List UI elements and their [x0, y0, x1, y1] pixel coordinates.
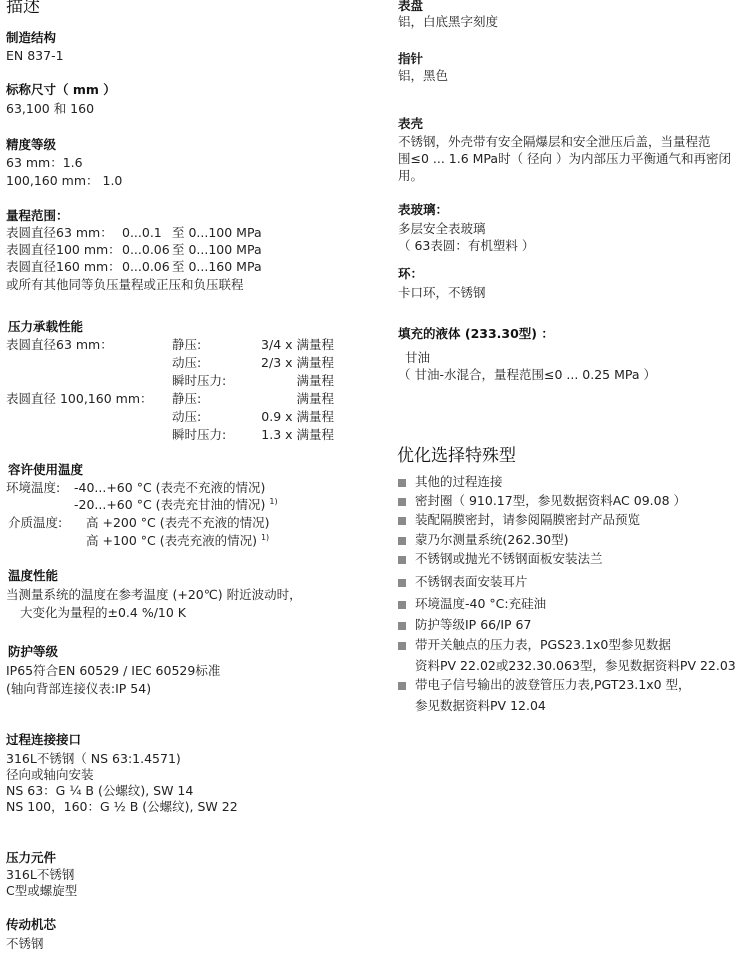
case-line: 围≤0 ... 1.6 MPa时（ 径向 ）为内部压力平衡通气和再密闭	[398, 150, 731, 168]
option-item-continued: 参见数据资料PV 12.04	[415, 697, 546, 715]
pressure-type: 瞬时压力:	[172, 426, 226, 444]
option-item: 密封圈（ 910.17型，参见数据资料AC 09.08 ）	[415, 492, 686, 510]
pressure-type: 动压:	[172, 408, 201, 426]
bullet-icon	[398, 682, 406, 690]
range-row-to: 至 0...160 MPa	[172, 258, 262, 276]
medium-temp-line: 高 +100 °C (表壳充液的情况) 1)	[86, 532, 269, 550]
ring-value: 卡口环，不锈钢	[398, 284, 486, 302]
window-heading: 表玻璃：	[398, 201, 448, 219]
medium-temp-text: 高 +100 °C (表壳充液的情况)	[86, 533, 257, 548]
options-title: 优化选择特殊型	[397, 447, 516, 465]
medium-temp-line: 高 +200 °C (表壳不充液的情况)	[86, 514, 269, 532]
nominal-size-value: 63,100 和 160	[6, 100, 94, 118]
fill-line: （ 甘油-水混合，量程范围≤0 ... 0.25 MPa ）	[398, 366, 656, 384]
dial-value: 铝，白底黑字刻度	[398, 13, 498, 31]
ingress-line: IP65符合EN 60529 / IEC 60529标准	[6, 662, 220, 680]
medium-temp-label: 介质温度:	[8, 514, 62, 532]
range-row-label: 表圆直径63 mm：	[6, 224, 113, 242]
accuracy-line: 100,160 mm： 1.0	[6, 172, 122, 190]
footnote-mark: 1)	[269, 497, 277, 506]
pressure-element-heading: 压力元件	[6, 849, 56, 867]
pressure-value: 1.3 x 满量程	[261, 426, 334, 444]
bullet-icon	[398, 517, 406, 525]
pressure-type: 静压:	[172, 336, 201, 354]
pointer-heading: 指针	[398, 50, 423, 68]
temp-effect-line: 当测量系统的温度在参考温度 (+20℃) 附近波动时，	[6, 586, 302, 604]
ambient-temp-label: 环境温度:	[6, 479, 60, 497]
nominal-size-heading: 标称尺寸（ mm ）	[6, 81, 116, 99]
temp-effect-line: 大变化为量程的±0.4 %/10 K	[20, 604, 186, 622]
bullet-icon	[398, 556, 406, 564]
pressure-limit-heading: 压力承载性能	[8, 318, 83, 336]
ingress-heading: 防护等级	[8, 643, 58, 661]
temperature-heading: 容许使用温度	[8, 461, 83, 479]
option-item: 防护等级IP 66/IP 67	[415, 616, 531, 634]
construction-value: EN 837-1	[6, 47, 64, 65]
movement-value: 不锈钢	[6, 935, 44, 953]
process-connection-line: NS 100，160：G ½ B (公螺纹), SW 22	[6, 798, 238, 816]
fill-line: 甘油	[405, 349, 430, 367]
ambient-temp-line: -20...+60 °C (表壳充甘油的情况) 1)	[74, 496, 278, 514]
option-item: 带电子信号输出的波登管压力表,PGT23.1x0 型，	[415, 676, 691, 694]
pressure-group-label: 表圆直径63 mm：	[6, 336, 113, 354]
bullet-icon	[398, 601, 406, 609]
pressure-value: 2/3 x 满量程	[261, 354, 334, 372]
range-heading: 量程范围：	[6, 207, 69, 225]
option-item: 装配隔膜密封，请参阅隔膜密封产品预览	[415, 511, 640, 529]
option-item: 其他的过程连接	[415, 473, 503, 491]
pressure-type: 动压:	[172, 354, 201, 372]
range-row-to: 至 0...100 MPa	[172, 241, 262, 259]
page-title: 描述	[6, 0, 40, 16]
bullet-icon	[398, 579, 406, 587]
ingress-line: (轴向背部连接仪表:IP 54)	[6, 680, 151, 698]
option-item-continued: 资料PV 22.02或232.30.063型，参见数据资料PV 22.03	[415, 657, 736, 675]
bullet-icon	[398, 622, 406, 630]
construction-heading: 制造结构	[6, 29, 56, 47]
accuracy-line: 63 mm：1.6	[6, 154, 83, 172]
pointer-value: 铝，黑色	[398, 67, 448, 85]
option-item: 不锈钢表面安装耳片	[415, 573, 528, 591]
bullet-icon	[398, 498, 406, 506]
process-connection-heading: 过程连接接口	[6, 731, 81, 749]
case-line: 用。	[398, 167, 423, 185]
window-line: 多层安全表玻璃	[398, 220, 486, 238]
range-row-to: 至 0...100 MPa	[172, 224, 262, 242]
option-item: 带开关触点的压力表，PGS23.1x0型参见数据	[415, 636, 671, 654]
range-row-label: 表圆直径100 mm：	[6, 241, 121, 259]
case-line: 不锈钢，外壳带有安全隔爆层和安全泄压后盖，当量程范	[398, 133, 711, 151]
pressure-group-label: 表圆直径 100,160 mm：	[6, 390, 153, 408]
ambient-temp-line: -40...+60 °C (表壳不充液的情况)	[74, 479, 265, 497]
range-note: 或所有其他同等负压量程或正压和负压联程	[6, 276, 244, 294]
ambient-temp-text: -20...+60 °C (表壳充甘油的情况)	[74, 497, 265, 512]
option-item: 不锈钢或抛光不锈钢面板安装法兰	[415, 550, 603, 568]
pressure-type: 瞬时压力:	[172, 372, 226, 390]
bullet-icon	[398, 479, 406, 487]
footnote-mark: 1)	[261, 533, 269, 542]
pressure-type: 静压:	[172, 390, 201, 408]
range-row-from: 0...0.06	[122, 258, 170, 276]
temp-effect-heading: 温度性能	[8, 567, 58, 585]
pressure-value: 满量程	[296, 390, 334, 408]
pressure-element-line: C型或螺旋型	[6, 882, 77, 900]
range-row-from: 0...0.1	[122, 224, 162, 242]
bullet-icon	[398, 642, 406, 650]
pressure-value: 3/4 x 满量程	[261, 336, 334, 354]
movement-heading: 传动机芯	[6, 916, 56, 934]
fill-heading: 填充的液体 (233.30型) ：	[398, 325, 554, 343]
ring-heading: 环：	[398, 265, 423, 283]
range-row-label: 表圆直径160 mm：	[6, 258, 121, 276]
case-heading: 表壳	[398, 115, 423, 133]
accuracy-heading: 精度等级	[6, 136, 56, 154]
option-item: 环境温度-40 °C:充硅油	[415, 595, 546, 613]
bullet-icon	[398, 537, 406, 545]
window-line: （ 63表圆：有机塑料 ）	[398, 237, 534, 255]
option-item: 蒙乃尔测量系统(262.30型)	[415, 531, 569, 549]
range-row-from: 0...0.06	[122, 241, 170, 259]
pressure-value: 0.9 x 满量程	[261, 408, 334, 426]
pressure-value: 满量程	[296, 372, 334, 390]
